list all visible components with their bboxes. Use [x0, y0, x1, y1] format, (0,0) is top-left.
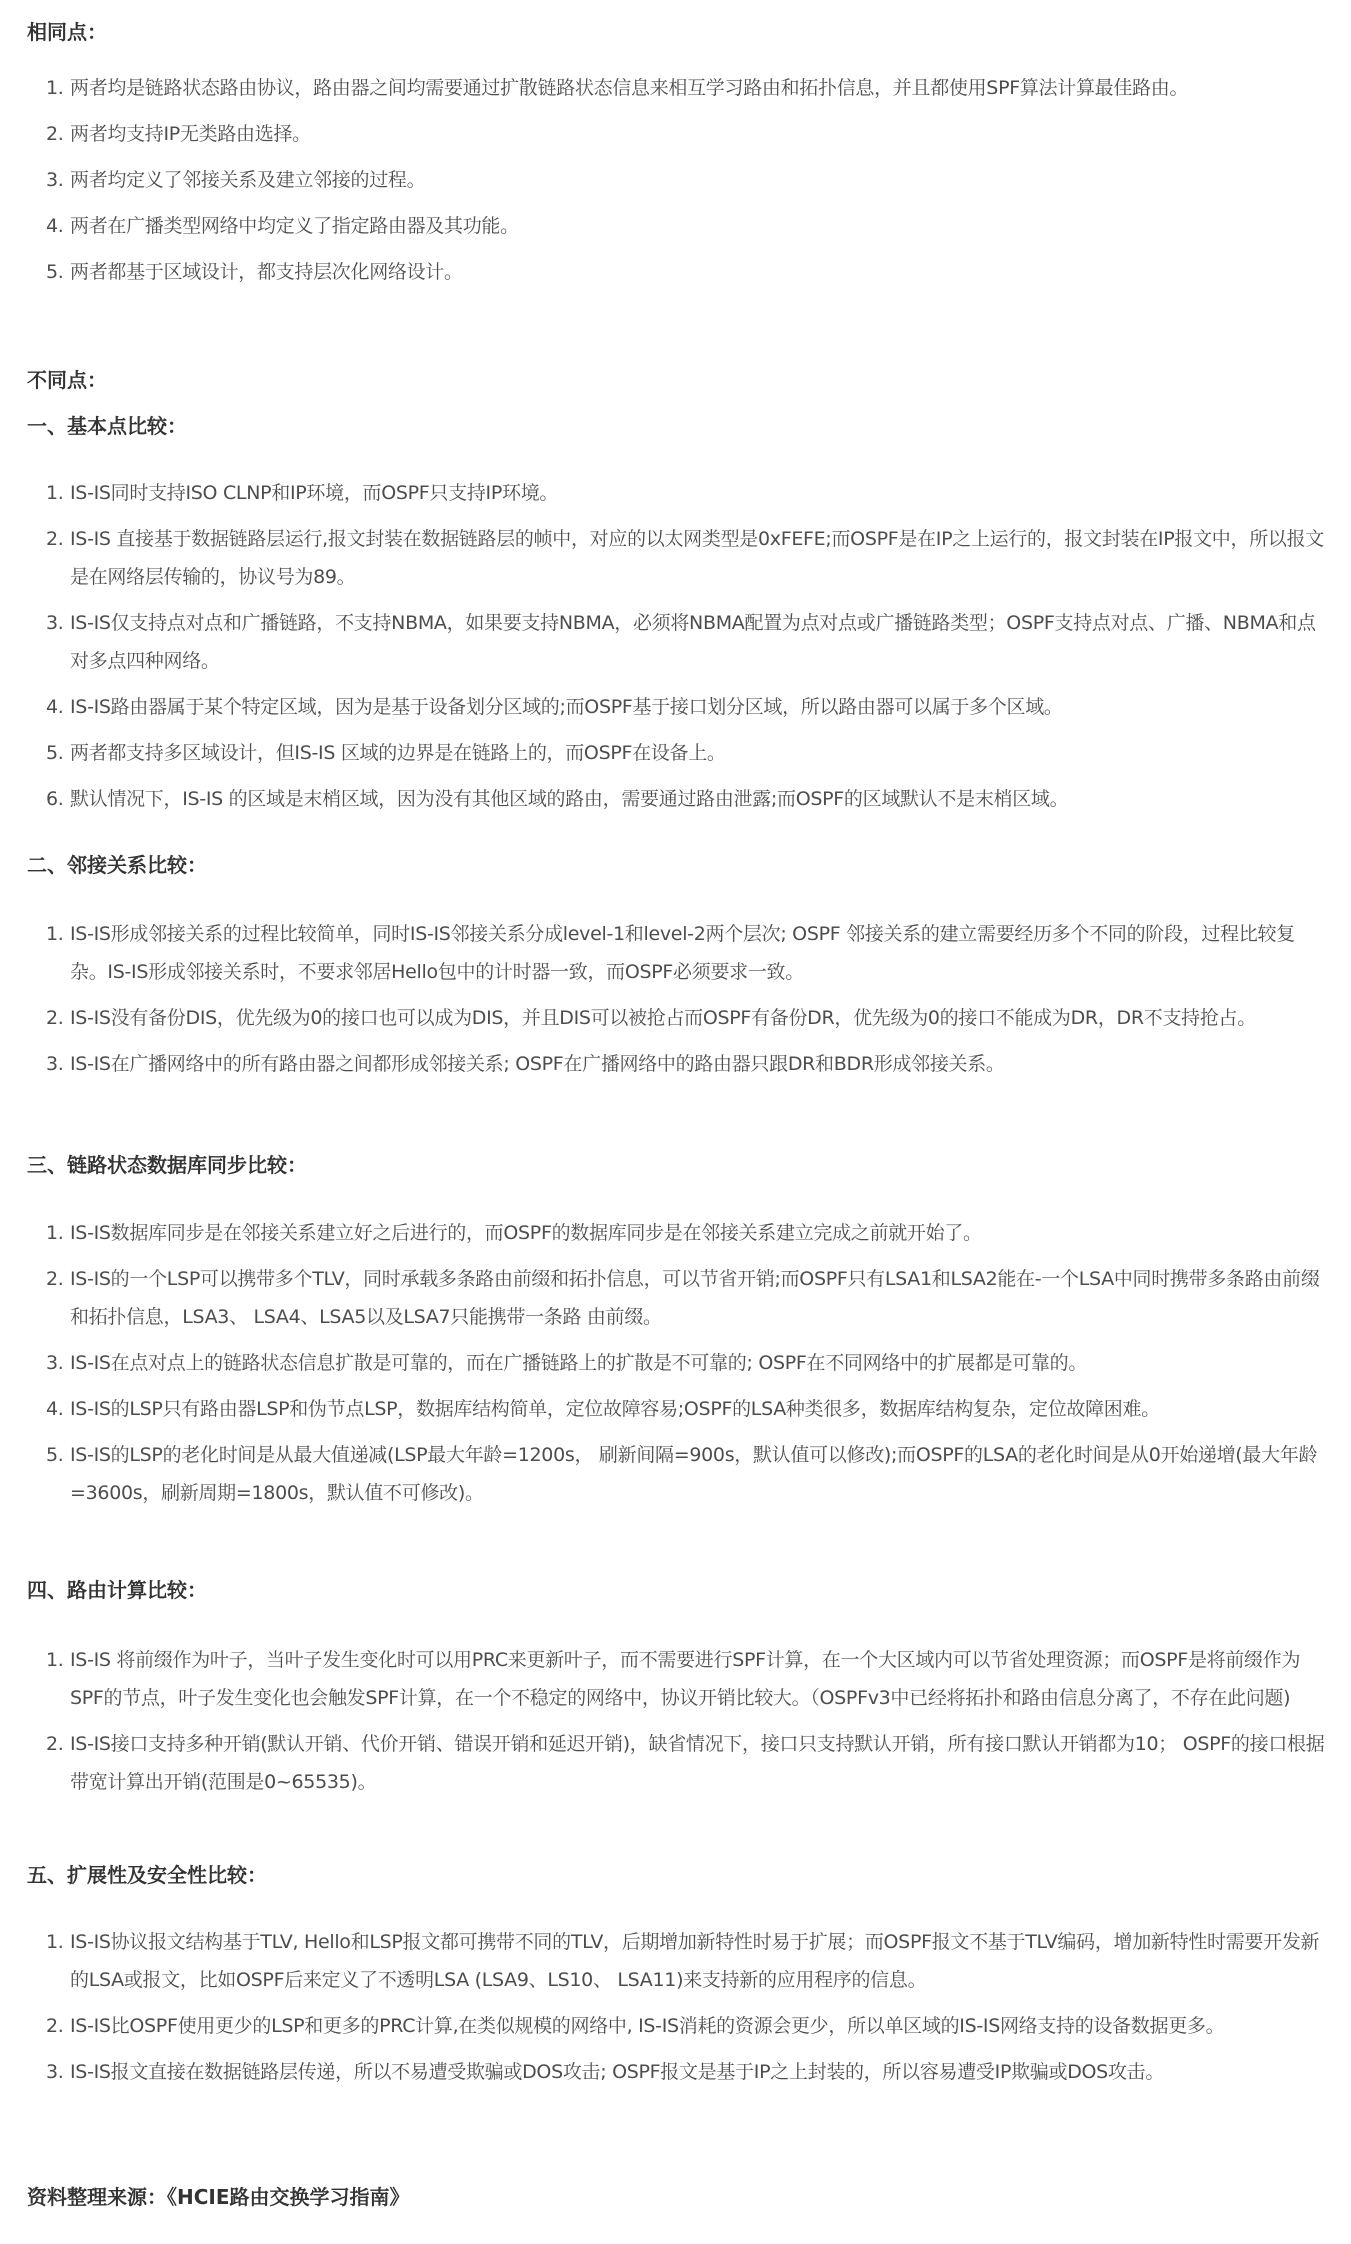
list-item: 3.IS-IS仅支持点对点和广播链路，不支持NBMA，如果要支持NBMA，必须将… — [0, 604, 1351, 680]
list-item: 5.IS-IS的LSP的老化时间是从最大值递减(LSP最大年龄=1200s， 刷… — [0, 1436, 1351, 1512]
list-item: 5.两者都支持多区域设计，但IS-IS 区域的边界是在链路上的，而OSPF在设备… — [0, 734, 1351, 772]
list-number: 1. — [46, 1641, 70, 1679]
extensibility-security-comparison-list: 1.IS-IS协议报文结构基于TLV, Hello和LSP报文都可携带不同的TL… — [0, 1923, 1351, 2099]
similarities-list: 1.两者均是链路状态路由协议，路由器之间均需要通过扩散链路状态信息来相互学习路由… — [0, 69, 1351, 299]
heading-similarities: 相同点： — [27, 19, 107, 45]
list-item: 1.IS-IS数据库同步是在邻接关系建立好之后进行的，而OSPF的数据库同步是在… — [0, 1214, 1351, 1252]
list-item: 4.两者在广播类型网络中均定义了指定路由器及其功能。 — [0, 207, 1351, 245]
list-item: 1.IS-IS形成邻接关系的过程比较简单，同时IS-IS邻接关系分成level-… — [0, 915, 1351, 991]
list-text: IS-IS在广播网络中的所有路由器之间都形成邻接关系; OSPF在广播网络中的路… — [70, 1053, 1005, 1075]
list-item: 5.两者都基于区域设计，都支持层次化网络设计。 — [0, 253, 1351, 291]
list-number: 3. — [46, 2053, 70, 2091]
list-text: IS-IS协议报文结构基于TLV, Hello和LSP报文都可携带不同的TLV，… — [70, 1931, 1319, 1991]
list-text: IS-IS仅支持点对点和广播链路，不支持NBMA，如果要支持NBMA，必须将NB… — [70, 612, 1316, 672]
list-text: 两者均是链路状态路由协议，路由器之间均需要通过扩散链路状态信息来相互学习路由和拓… — [70, 77, 1188, 99]
list-item: 4.IS-IS的LSP只有路由器LSP和伪节点LSP，数据库结构简单，定位故障容… — [0, 1390, 1351, 1428]
list-text: IS-IS 将前缀作为叶子，当叶子发生变化时可以用PRC来更新叶子，而不需要进行… — [70, 1649, 1300, 1709]
list-text: 两者均支持IP无类路由选择。 — [70, 123, 311, 145]
list-text: IS-IS形成邻接关系的过程比较简单，同时IS-IS邻接关系分成level-1和… — [70, 923, 1295, 983]
list-item: 3.IS-IS在点对点上的链路状态信息扩散是可靠的，而在广播链路上的扩散是不可靠… — [0, 1344, 1351, 1382]
list-number: 3. — [46, 604, 70, 642]
list-text: IS-IS的LSP的老化时间是从最大值递减(LSP最大年龄=1200s， 刷新间… — [70, 1444, 1317, 1504]
list-number: 2. — [46, 1260, 70, 1298]
heading-section-adjacency: 二、邻接关系比较： — [27, 852, 207, 878]
list-number: 1. — [46, 474, 70, 512]
list-text: 两者均定义了邻接关系及建立邻接的过程。 — [70, 169, 425, 191]
list-text: 两者都支持多区域设计，但IS-IS 区域的边界是在链路上的，而OSPF在设备上。 — [70, 742, 726, 764]
list-item: 1.IS-IS同时支持ISO CLNP和IP环境，而OSPF只支持IP环境。 — [0, 474, 1351, 512]
list-item: 3.IS-IS报文直接在数据链路层传递，所以不易遭受欺骗或DOS攻击; OSPF… — [0, 2053, 1351, 2091]
list-number: 5. — [46, 253, 70, 291]
list-text: IS-IS没有备份DIS，优先级为0的接口也可以成为DIS，并且DIS可以被抢占… — [70, 1007, 1256, 1029]
list-number: 6. — [46, 780, 70, 818]
list-item: 1.IS-IS 将前缀作为叶子，当叶子发生变化时可以用PRC来更新叶子，而不需要… — [0, 1641, 1351, 1717]
list-text: IS-IS的一个LSP可以携带多个TLV，同时承载多条路由前缀和拓扑信息，可以节… — [70, 1268, 1320, 1328]
list-number: 2. — [46, 999, 70, 1037]
list-item: 2.IS-IS接口支持多种开销(默认开销、代价开销、错误开销和延迟开销)，缺省情… — [0, 1725, 1351, 1801]
list-number: 1. — [46, 1214, 70, 1252]
list-text: 两者都基于区域设计，都支持层次化网络设计。 — [70, 261, 463, 283]
list-item: 2.IS-IS没有备份DIS，优先级为0的接口也可以成为DIS，并且DIS可以被… — [0, 999, 1351, 1037]
list-text: IS-IS比OSPF使用更少的LSP和更多的PRC计算,在类似规模的网络中, I… — [70, 2015, 1224, 2037]
route-calc-comparison-list: 1.IS-IS 将前缀作为叶子，当叶子发生变化时可以用PRC来更新叶子，而不需要… — [0, 1641, 1351, 1809]
list-number: 1. — [46, 1923, 70, 1961]
list-text: IS-IS的LSP只有路由器LSP和伪节点LSP，数据库结构简单，定位故障容易;… — [70, 1398, 1160, 1420]
list-text: IS-IS 直接基于数据链路层运行,报文封装在数据链路层的帧中，对应的以太网类型… — [70, 528, 1324, 588]
list-number: 3. — [46, 161, 70, 199]
list-number: 3. — [46, 1045, 70, 1083]
list-text: 两者在广播类型网络中均定义了指定路由器及其功能。 — [70, 215, 519, 237]
list-number: 1. — [46, 915, 70, 953]
list-text: IS-IS路由器属于某个特定区域，因为是基于设备划分区域的;而OSPF基于接口划… — [70, 696, 1063, 718]
list-text: IS-IS同时支持ISO CLNP和IP环境，而OSPF只支持IP环境。 — [70, 482, 558, 504]
list-text: IS-IS在点对点上的链路状态信息扩散是可靠的，而在广播链路上的扩散是不可靠的;… — [70, 1352, 1087, 1374]
list-text: IS-IS数据库同步是在邻接关系建立好之后进行的，而OSPF的数据库同步是在邻接… — [70, 1222, 982, 1244]
list-item: 1.IS-IS协议报文结构基于TLV, Hello和LSP报文都可携带不同的TL… — [0, 1923, 1351, 1999]
list-number: 4. — [46, 688, 70, 726]
list-number: 4. — [46, 1390, 70, 1428]
list-item: 3.两者均定义了邻接关系及建立邻接的过程。 — [0, 161, 1351, 199]
heading-section-route-calc: 四、路由计算比较： — [27, 1577, 207, 1603]
list-item: 2.IS-IS比OSPF使用更少的LSP和更多的PRC计算,在类似规模的网络中,… — [0, 2007, 1351, 2045]
list-text: 默认情况下，IS-IS 的区域是末梢区域，因为没有其他区域的路由，需要通过路由泄… — [70, 788, 1068, 810]
list-number: 2. — [46, 520, 70, 558]
heading-section-lsdb-sync: 三、链路状态数据库同步比较： — [27, 1152, 307, 1178]
list-number: 3. — [46, 1344, 70, 1382]
list-number: 2. — [46, 1725, 70, 1763]
list-item: 2.IS-IS 直接基于数据链路层运行,报文封装在数据链路层的帧中，对应的以太网… — [0, 520, 1351, 596]
heading-section-extensibility-security: 五、扩展性及安全性比较： — [27, 1862, 267, 1888]
list-number: 5. — [46, 734, 70, 772]
list-item: 3.IS-IS在广播网络中的所有路由器之间都形成邻接关系; OSPF在广播网络中… — [0, 1045, 1351, 1083]
list-number: 1. — [46, 69, 70, 107]
list-item: 2.两者均支持IP无类路由选择。 — [0, 115, 1351, 153]
list-text: IS-IS接口支持多种开销(默认开销、代价开销、错误开销和延迟开销)，缺省情况下… — [70, 1733, 1324, 1793]
list-number: 5. — [46, 1436, 70, 1474]
list-number: 2. — [46, 2007, 70, 2045]
list-number: 4. — [46, 207, 70, 245]
list-text: IS-IS报文直接在数据链路层传递，所以不易遭受欺骗或DOS攻击; OSPF报文… — [70, 2061, 1164, 2083]
list-number: 2. — [46, 115, 70, 153]
lsdb-sync-comparison-list: 1.IS-IS数据库同步是在邻接关系建立好之后进行的，而OSPF的数据库同步是在… — [0, 1214, 1351, 1520]
source-citation: 资料整理来源：《HCIE路由交换学习指南》 — [27, 2184, 410, 2210]
list-item: 4.IS-IS路由器属于某个特定区域，因为是基于设备划分区域的;而OSPF基于接… — [0, 688, 1351, 726]
basic-comparison-list: 1.IS-IS同时支持ISO CLNP和IP环境，而OSPF只支持IP环境。 2… — [0, 474, 1351, 826]
heading-differences: 不同点： — [27, 367, 107, 393]
list-item: 1.两者均是链路状态路由协议，路由器之间均需要通过扩散链路状态信息来相互学习路由… — [0, 69, 1351, 107]
heading-section-basic: 一、基本点比较： — [27, 413, 187, 439]
adjacency-comparison-list: 1.IS-IS形成邻接关系的过程比较简单，同时IS-IS邻接关系分成level-… — [0, 915, 1351, 1091]
list-item: 2.IS-IS的一个LSP可以携带多个TLV，同时承载多条路由前缀和拓扑信息，可… — [0, 1260, 1351, 1336]
list-item: 6.默认情况下，IS-IS 的区域是末梢区域，因为没有其他区域的路由，需要通过路… — [0, 780, 1351, 818]
